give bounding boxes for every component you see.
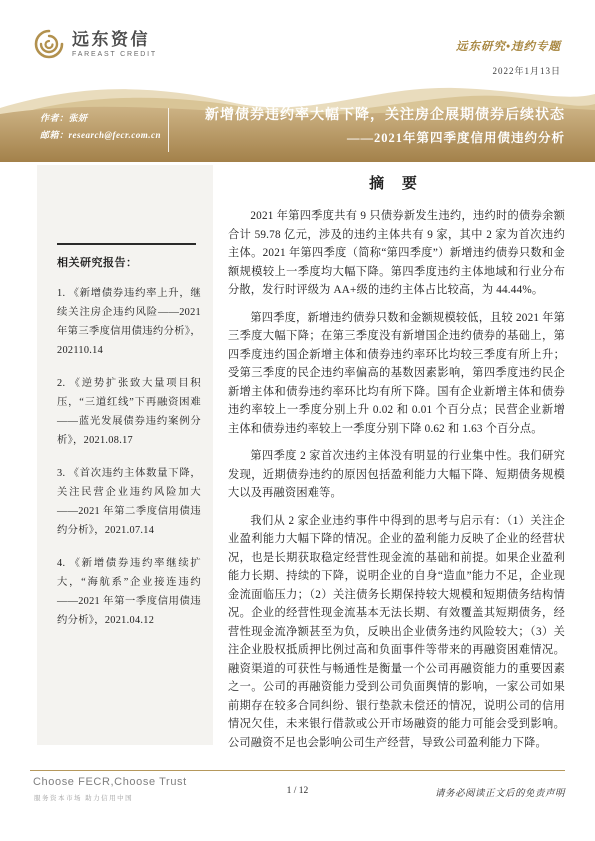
abstract-paragraph: 第四季度 2 家首次违约主体没有明显的行业集中性。我们研究发现，近期债券违约的原…	[228, 447, 565, 503]
email-label: 邮箱：	[40, 130, 69, 140]
fecr-swirl-logo-icon	[33, 28, 65, 60]
abstract-paragraph: 第四季度，新增违约债券只数和金额规模较低，且较 2021 年第三季度大幅下降；在…	[228, 309, 565, 439]
related-reports-sidebar: 相关研究报告： 1. 《新增债券违约率上升，继续关注房企违约风险——2021年第…	[37, 165, 213, 745]
abstract-paragraph: 2021 年第四季度共有 9 只债券新发生违约，违约时的债券余额合计 59.78…	[228, 207, 565, 300]
report-date: 2022年1月13日	[492, 64, 561, 77]
brand-name-en: FAREAST CREDIT	[72, 51, 157, 58]
related-report-item: 3. 《首次违约主体数量下降，关注民营企业违约风险加大——2021 年第二季度信…	[57, 464, 201, 540]
abstract-paragraph: 我们从 2 家企业违约事件中得到的思考与启示有：（1）关注企业盈利能力大幅下降的…	[228, 512, 565, 753]
related-report-item: 1. 《新增债券违约率上升，继续关注房企违约风险——2021年第三季度信用债违约…	[57, 284, 201, 360]
report-title-block: 新增债券违约率大幅下降，关注房企展期债券后续状态 ——2021年第四季度信用债违…	[205, 105, 565, 149]
related-reports-list: 1. 《新增债券违约率上升，继续关注房企违约风险——2021年第三季度信用债违约…	[57, 284, 201, 630]
author-label: 作者：	[40, 113, 69, 123]
related-reports-heading: 相关研究报告：	[57, 254, 201, 270]
abstract-paragraphs: 2021 年第四季度共有 9 只债券新发生违约，违约时的债券余额合计 59.78…	[228, 207, 565, 752]
report-title-line2: ——2021年第四季度信用债违约分析	[205, 127, 565, 149]
report-page: 远东资信 FAREAST CREDIT 远东研究•违约专题 2022年1月13日…	[0, 0, 595, 841]
title-banner: 作者：张妍 邮箱：research@fecr.com.cn 新增债券违约率大幅下…	[0, 78, 595, 162]
abstract-section: 摘 要 2021 年第四季度共有 9 只债券新发生违约，违约时的债券余额合计 5…	[228, 172, 565, 761]
disclaimer-note: 请务必阅读正文后的免责声明	[435, 785, 565, 799]
author-name: 张妍	[69, 113, 88, 123]
related-report-item: 4. 《新增债券违约率继续扩大，“海航系”企业接连违约——2021 年第一季度信…	[57, 554, 201, 630]
author-email: research@fecr.com.cn	[69, 130, 161, 140]
series-label: 远东研究•违约专题	[456, 38, 561, 54]
brand-logo: 远东资信 FAREAST CREDIT	[33, 28, 157, 60]
report-title-line1: 新增债券违约率大幅下降，关注房企展期债券后续状态	[205, 105, 565, 127]
brand-name-cn: 远东资信	[72, 30, 157, 49]
banner-divider	[168, 108, 169, 152]
page-header: 远东资信 FAREAST CREDIT 远东研究•违约专题 2022年1月13日	[0, 0, 595, 78]
author-block: 作者：张妍 邮箱：research@fecr.com.cn	[40, 110, 161, 144]
related-report-item: 2. 《逆势扩张致大量项目积压，“三道红线”下再融资困难——蓝光发展债券违约案例…	[57, 374, 201, 450]
sidebar-divider	[57, 243, 196, 245]
footer-divider	[30, 770, 565, 771]
abstract-heading: 摘 要	[228, 172, 565, 193]
